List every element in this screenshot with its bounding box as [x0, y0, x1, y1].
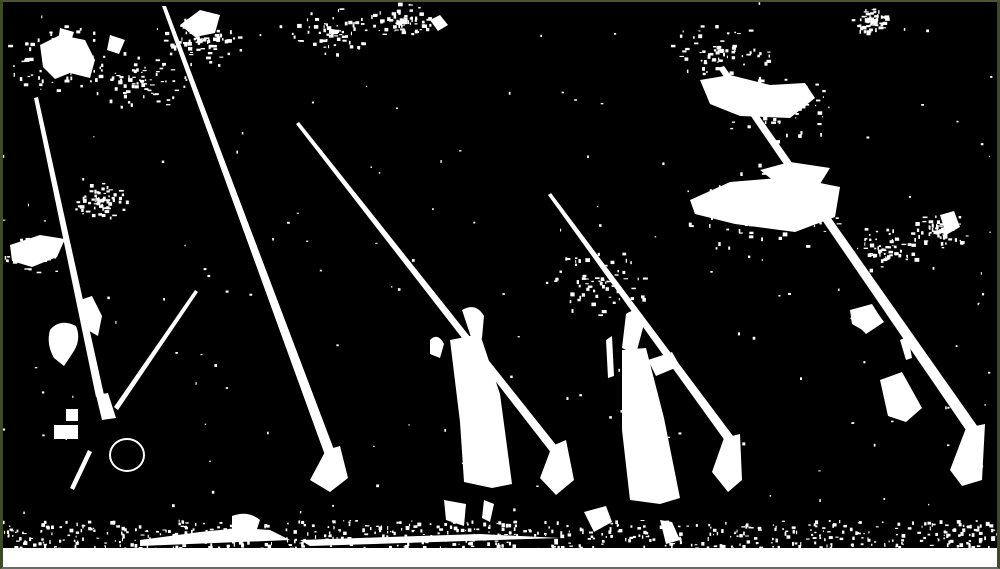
- alphorn-photo: [0, 0, 1000, 569]
